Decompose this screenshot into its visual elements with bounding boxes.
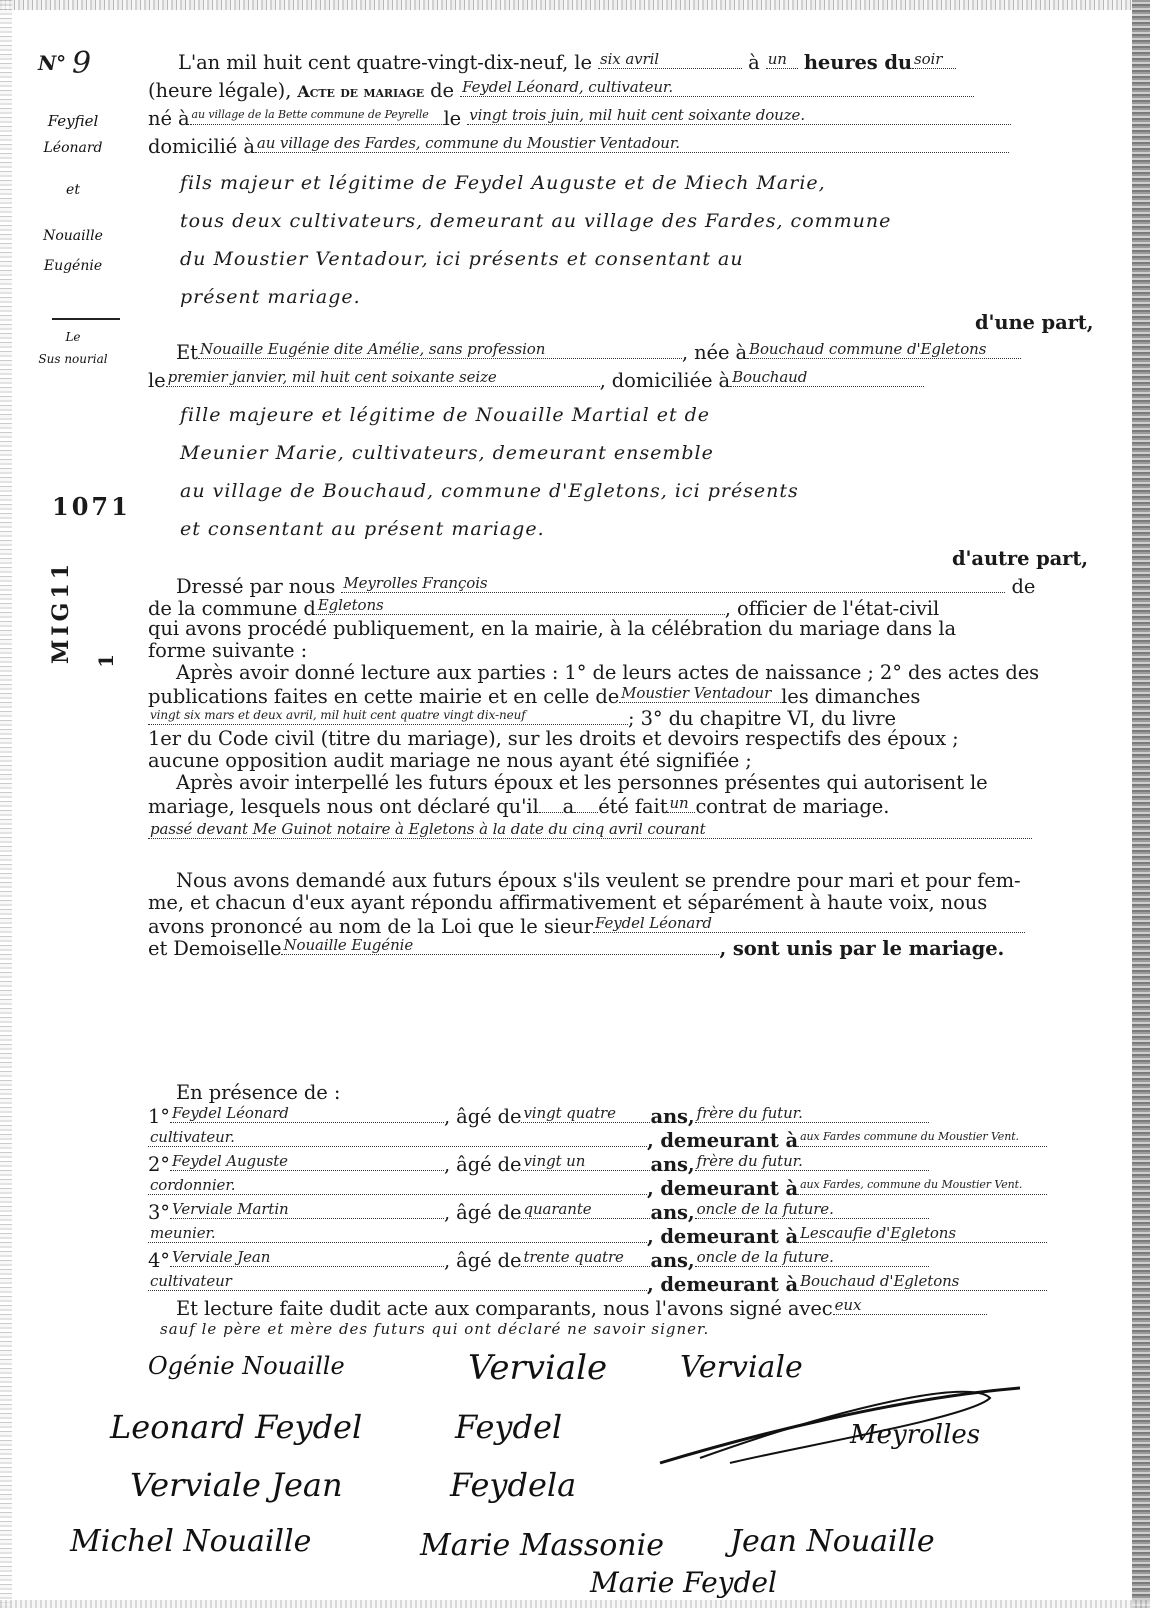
contract-article: un: [667, 794, 695, 813]
scan-edge-bottom: [0, 1600, 1150, 1608]
signature-jean-nouaille: Jean Nouaille: [730, 1524, 935, 1559]
witness-occupation: cordonnier.: [148, 1176, 647, 1195]
witness-relation: oncle de la future.: [695, 1248, 929, 1267]
witness-name: Feydel Léonard: [170, 1104, 444, 1123]
scan-edge-left: [0, 0, 12, 1608]
signed-with: eux: [833, 1296, 987, 1315]
officer-flourish-icon: [640, 1378, 1040, 1468]
register-stamp-number: 1071: [52, 496, 131, 518]
marriage-date: six avril: [598, 50, 742, 69]
witness-residence: aux Fardes, commune du Moustier Vent.: [798, 1176, 1047, 1195]
witness-relation: frère du futur.: [695, 1152, 929, 1171]
signature-verviale-jean: Verviale Jean: [130, 1466, 343, 1504]
readings-line-5: aucune opposition audit mariage ne nous …: [148, 750, 752, 772]
bride-line-2: lepremier janvier, mil huit cent soixant…: [148, 368, 924, 392]
header-line-2: (heure légale), Acte de mariage de Feyde…: [148, 78, 974, 103]
officer-line-3: qui avons procédé publiquement, en la ma…: [148, 618, 956, 640]
margin-groom-firstname: Léonard: [28, 140, 118, 156]
witness-occupation: cultivateur: [148, 1272, 647, 1291]
witness-name: Feydel Auguste: [170, 1152, 444, 1171]
margin-note-le: Le: [28, 330, 118, 344]
declaration-line-1: Nous avons demandé aux futurs époux s'il…: [176, 870, 1021, 892]
bride-line-1: EtNouaille Eugénie dite Amélie, sans pro…: [176, 340, 1021, 364]
groom-parents-line-4: présent mariage.: [180, 286, 361, 308]
officer-line-1: Dressé par nous Meyrolles François de: [176, 574, 1035, 598]
margin-et: et: [28, 182, 118, 198]
readings-line-7: mariage, lesquels nous ont déclaré qu'il…: [148, 794, 889, 818]
bride-birthdate: premier janvier, mil huit cent soixante …: [166, 368, 600, 387]
autre-part: d'autre part,: [952, 548, 1088, 570]
marriage-period: soir: [912, 50, 956, 69]
signature-marie-feydel: Marie Feydel: [590, 1566, 777, 1599]
bride-parents-line-4: et consentant au présent mariage.: [180, 518, 545, 540]
margin-bride-surname: Nouaille: [28, 228, 118, 244]
header-line-4: domicilié àau village des Fardes, commun…: [148, 134, 1009, 158]
closing-line-2: sauf le père et mère des futurs qui ont …: [160, 1320, 709, 1338]
readings-line-6: Après avoir interpellé les futurs époux …: [176, 772, 988, 794]
bride-domicile: Bouchaud: [730, 368, 924, 387]
declaration-line-4: et DemoiselleNouaille Eugénie, sont unis…: [148, 936, 1004, 960]
witness-name: Verviale Martin: [170, 1200, 444, 1219]
margin-bride-firstname: Eugénie: [28, 258, 118, 274]
bride-parents-line-2: Meunier Marie, cultivateurs, demeurant e…: [180, 442, 714, 464]
declared-groom: Feydel Léonard: [593, 914, 1025, 933]
signature-feydel: Feydel: [455, 1408, 562, 1446]
witness-relation: frère du futur.: [695, 1104, 929, 1123]
bride-parents-line-3: au village de Bouchaud, commune d'Egleto…: [180, 480, 799, 502]
register-stamp-suffix: 1: [95, 654, 117, 668]
bride-birthplace: Bouchaud commune d'Egletons: [747, 340, 1021, 359]
act-number-label: N°: [38, 52, 66, 74]
witness-residence: aux Fardes commune du Moustier Vent.: [798, 1128, 1047, 1147]
officer-name: Meyrolles François: [341, 574, 1005, 593]
closing-line-1: Et lecture faite dudit acte aux comparan…: [176, 1296, 987, 1320]
groom-domicile: au village des Fardes, commune du Mousti…: [255, 134, 1009, 153]
margin-divider: [52, 318, 120, 320]
bride-parents-line-1: fille majeure et légitime de Nouaille Ma…: [180, 404, 710, 426]
groom-parents-line-1: fils majeur et légitime de Feydel August…: [180, 172, 826, 194]
groom-parents-line-2: tous deux cultivateurs, demeurant au vil…: [180, 210, 891, 232]
witness-residence: Lescaufie d'Egletons: [798, 1224, 1047, 1243]
bride-name: Nouaille Eugénie dite Amélie, sans profe…: [198, 340, 682, 359]
witness-name: Verviale Jean: [170, 1248, 444, 1267]
witness-occupation: cultivateur.: [148, 1128, 647, 1147]
signature-michel-nouaille: Michel Nouaille: [70, 1524, 311, 1559]
groom-birthdate: vingt trois juin, mil huit cent soixante…: [467, 106, 1011, 125]
margin-note-text: Sus nourial: [28, 352, 118, 366]
publication-commune: Moustier Ventadour: [619, 684, 781, 703]
act-title: Acte de mariage: [297, 82, 424, 101]
witnesses-header: En présence de :: [176, 1082, 340, 1104]
witness-residence: Bouchaud d'Egletons: [798, 1272, 1047, 1291]
readings-line-2: publications faites en cette mairie et e…: [148, 684, 920, 708]
witness-age: trente quatre: [521, 1248, 650, 1267]
declared-bride: Nouaille Eugénie: [281, 936, 719, 955]
signature-bride: Ogénie Nouaille: [148, 1352, 345, 1380]
contract-details: passé devant Me Guinot notaire à Egleton…: [148, 820, 1032, 839]
witness-age: vingt quatre: [521, 1104, 650, 1123]
marriage-hour: un: [766, 50, 798, 69]
scan-edge-right: [1132, 0, 1150, 1608]
scan-edge-top: [0, 0, 1150, 10]
declaration-line-2: me, et chacun d'eux ayant répondu affirm…: [148, 892, 987, 914]
signature-feydela: Feydela: [450, 1466, 576, 1504]
declaration-line-3: avons prononcé au nom de la Loi que le s…: [148, 914, 1025, 938]
readings-line-8: passé devant Me Guinot notaire à Egleton…: [148, 820, 1032, 844]
header-line-3: né àau village de la Bette commune de Pe…: [148, 106, 1011, 130]
witness-age: vingt un: [521, 1152, 650, 1171]
signature-groom: Leonard Feydel: [110, 1408, 362, 1446]
officer-commune: Egletons: [316, 596, 725, 615]
margin-groom-surname: Feyfiel: [28, 112, 118, 130]
officer-line-4: forme suivante :: [148, 640, 307, 662]
witness-relation: oncle de la future.: [695, 1200, 929, 1219]
register-stamp-code: MIG11: [50, 560, 72, 664]
readings-line-4: 1er du Code civil (titre du mariage), su…: [148, 728, 959, 750]
witness-age: quarante: [521, 1200, 650, 1219]
groom-birthplace: au village de la Bette commune de Peyrel…: [190, 106, 444, 125]
groom-name: Feydel Léonard, cultivateur.: [460, 78, 974, 97]
groom-parents-line-3: du Moustier Ventadour, ici présents et c…: [180, 248, 744, 270]
signature-marie-massonie: Marie Massonie: [420, 1528, 664, 1563]
publication-dates: vingt six mars et deux avril, mil huit c…: [148, 706, 628, 725]
readings-line-1: Après avoir donné lecture aux parties : …: [176, 662, 1039, 684]
witness-occupation: meunier.: [148, 1224, 647, 1243]
une-part: d'une part,: [975, 312, 1093, 334]
act-number: 9: [72, 46, 92, 81]
header-line-1: L'an mil huit cent quatre-vingt-dix-neuf…: [178, 50, 956, 74]
signature-witness-verviale: Verviale: [468, 1348, 607, 1388]
